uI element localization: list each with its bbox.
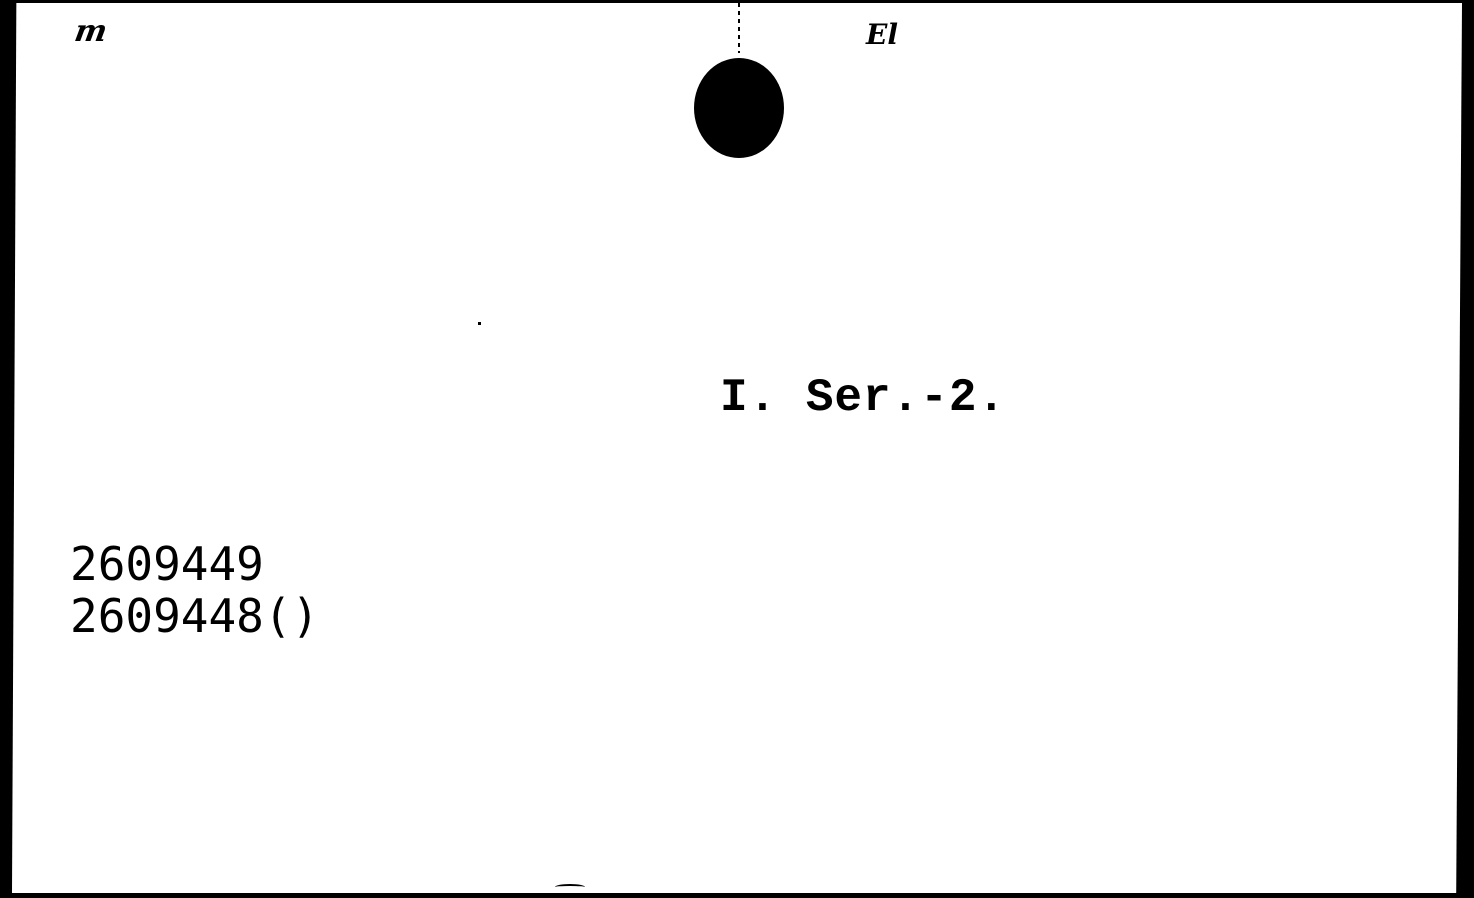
classification-text: I. Ser.-2.	[720, 372, 1006, 424]
reference-numbers: 2609449 2609448()	[70, 538, 319, 642]
ink-speck	[478, 322, 481, 325]
punch-hole	[694, 58, 784, 158]
edge-tear	[555, 884, 585, 890]
reference-number: 2609448()	[70, 590, 319, 642]
reference-number: 2609449	[70, 538, 319, 590]
handwritten-mark-top-left: m	[72, 14, 110, 49]
guide-line	[738, 3, 740, 53]
handwritten-mark-top-center: El	[866, 18, 898, 51]
